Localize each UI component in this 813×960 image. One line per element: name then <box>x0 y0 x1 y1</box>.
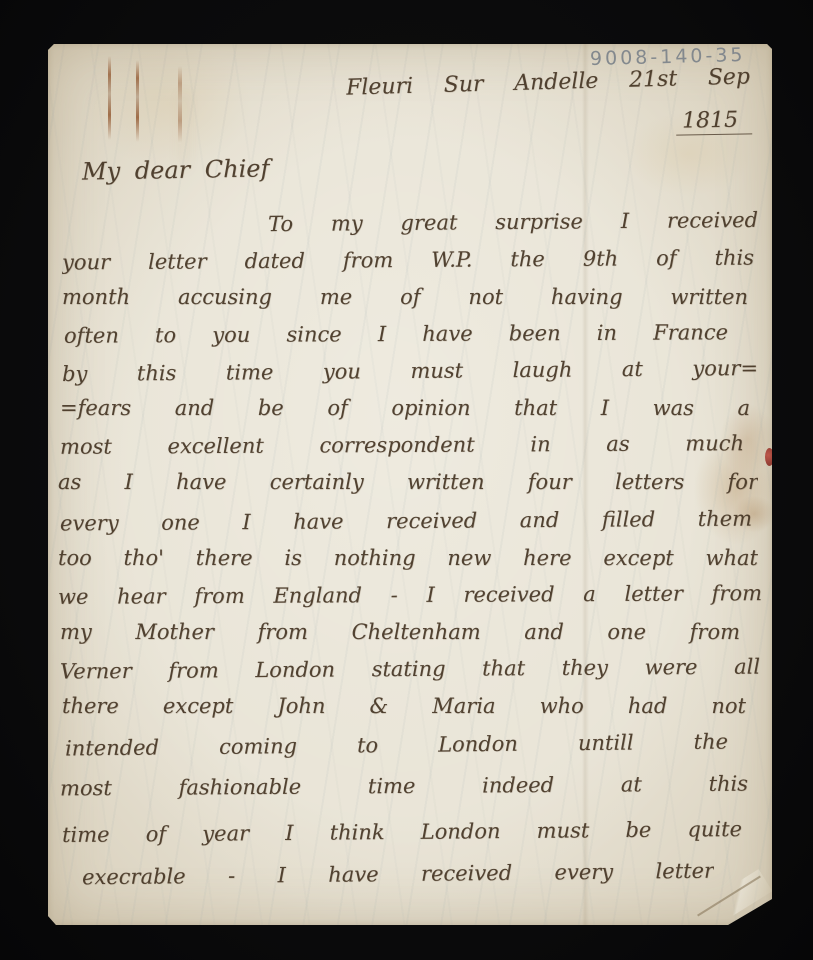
letter-line: =fears and be of opinion that I was a <box>60 396 750 420</box>
letter-line: by this time you must laugh at your= <box>62 356 758 386</box>
letter-line: month accusing me of not having written <box>62 285 748 309</box>
letter-paper: 9008-140-35 Fleuri Sur Andelle 21st Sep … <box>48 44 772 925</box>
letter-line: as I have certainly written four letters… <box>58 470 758 494</box>
letter-line: too tho' there is nothing new here excep… <box>58 546 758 570</box>
date-line: Fleuri Sur Andelle 21st Sep <box>346 64 751 100</box>
rust-stain-streak <box>108 56 111 140</box>
letter-line: every one I have received and filled the… <box>60 507 752 536</box>
letter-line: time of year I think London must be quit… <box>62 817 742 847</box>
letter-line: your letter dated from W.P. the 9th of t… <box>62 246 754 275</box>
photograph-background: 9008-140-35 Fleuri Sur Andelle 21st Sep … <box>0 0 813 960</box>
letter-line: often to you since I have been in France <box>64 320 728 347</box>
letter-line: my Mother from Cheltenham and one from <box>60 620 740 644</box>
letter-line: intended coming to London untill the <box>65 730 728 761</box>
letter-line: there except John & Maria who had not <box>62 694 746 718</box>
year: 1815 <box>676 107 752 135</box>
rust-stain-streak <box>136 60 139 142</box>
letter-line: Verner from London stating that they wer… <box>60 655 760 684</box>
rust-stain-streak <box>178 66 182 144</box>
letter-line: we hear from England - I received a lett… <box>58 581 762 609</box>
folded-corner <box>708 869 772 923</box>
letter-line: most excellent correspondent in as much <box>60 431 744 459</box>
wax-seal-mark <box>765 448 772 466</box>
letter-line: To my great surprise I received <box>268 208 758 236</box>
letter-line: execrable - I have received every letter <box>82 859 714 890</box>
letter-line: most fashionable time indeed at this <box>60 772 748 801</box>
salutation: My dear Chief <box>82 154 270 185</box>
